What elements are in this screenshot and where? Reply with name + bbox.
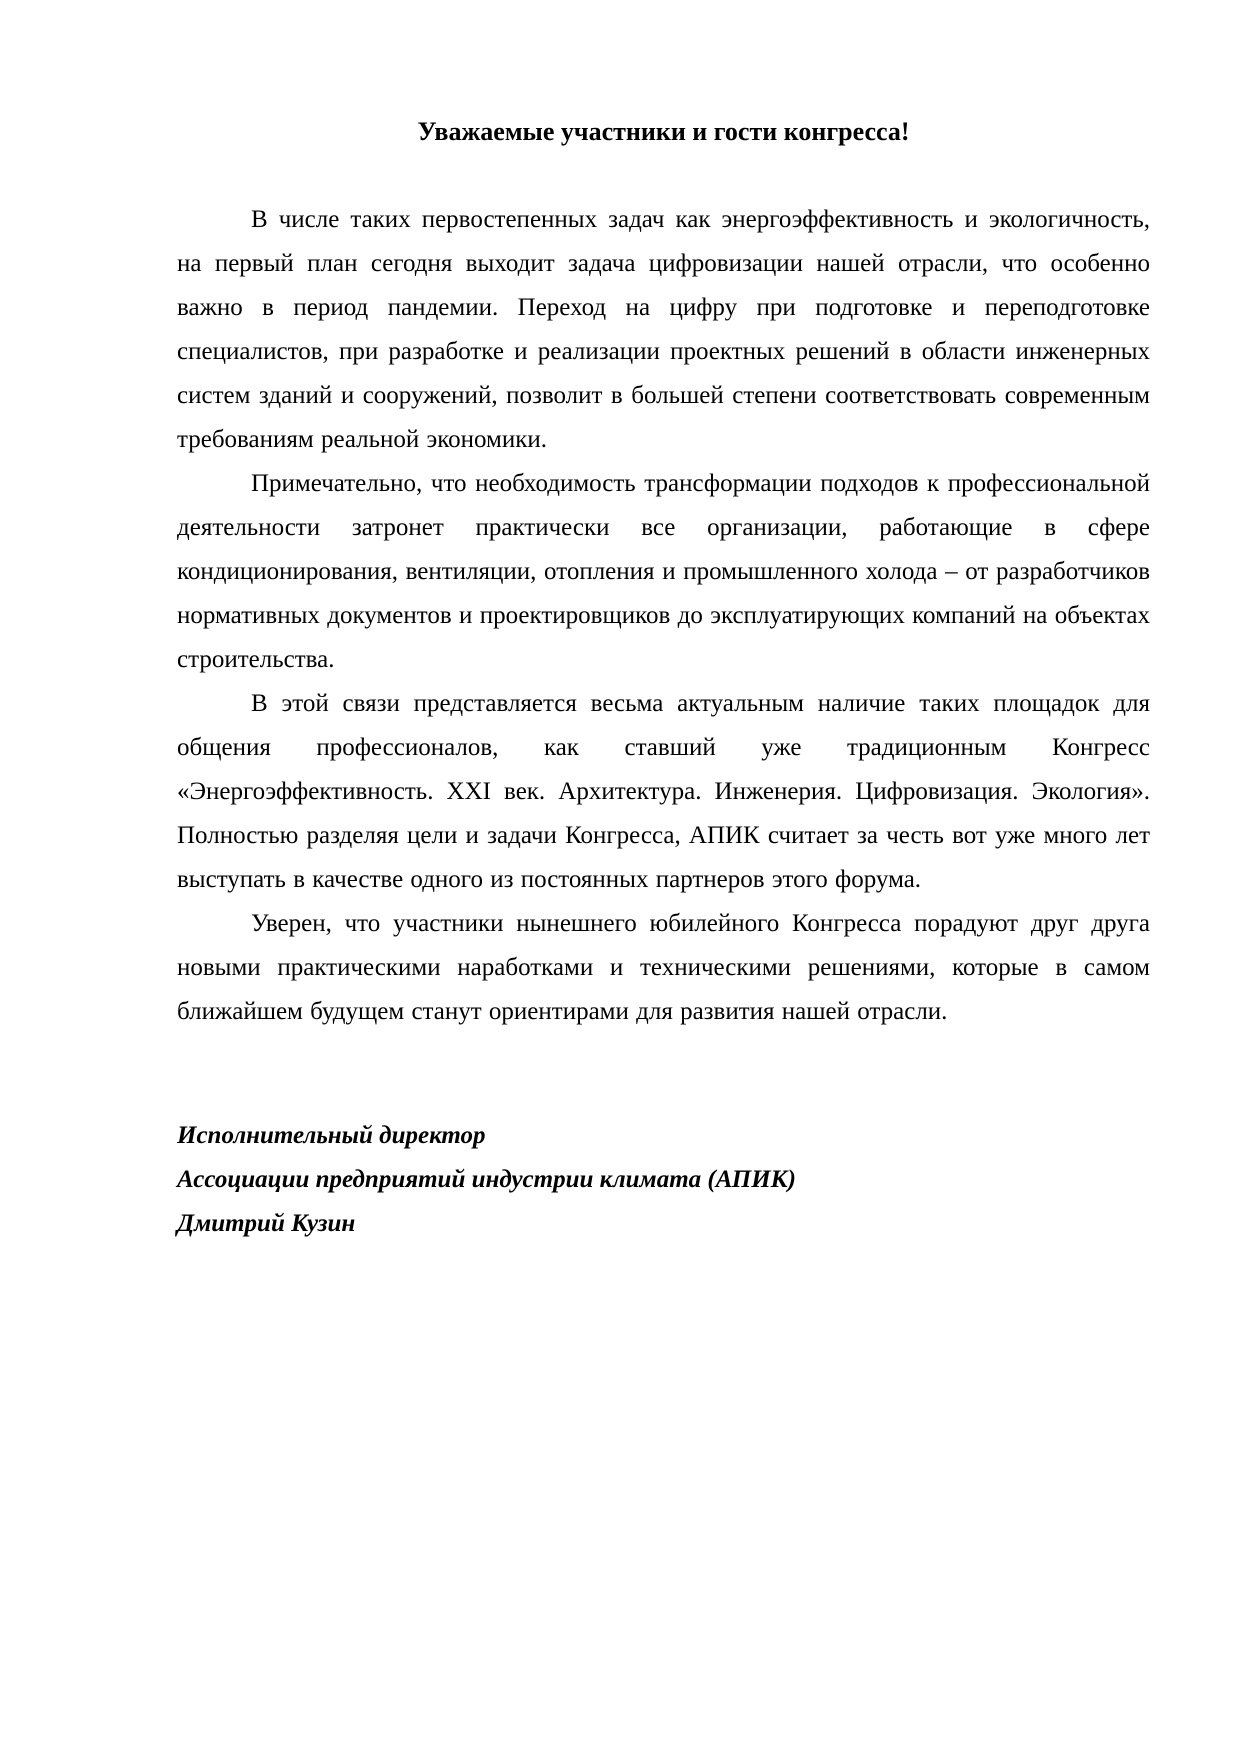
letter-body: В числе таких первостепенных задач как э… (177, 198, 1150, 1034)
signature-block: Исполнительный директор Ассоциации предп… (177, 1114, 1150, 1246)
letter-title: Уважаемые участники и гости конгресса! (177, 110, 1150, 154)
body-paragraph-4: Уверен, что участники нынешнего юбилейно… (177, 902, 1150, 1034)
body-paragraph-1: В числе таких первостепенных задач как э… (177, 198, 1150, 462)
signature-name-line: Дмитрий Кузин (177, 1202, 1150, 1246)
body-paragraph-2: Примечательно, что необходимость трансфо… (177, 462, 1150, 682)
body-paragraph-3: В этой связи представляется весьма актуа… (177, 682, 1150, 902)
document-page: Уважаемые участники и гости конгресса! В… (0, 0, 1240, 1754)
signature-organization-line: Ассоциации предприятий индустрии климата… (177, 1158, 1150, 1202)
signature-role-line: Исполнительный директор (177, 1114, 1150, 1158)
